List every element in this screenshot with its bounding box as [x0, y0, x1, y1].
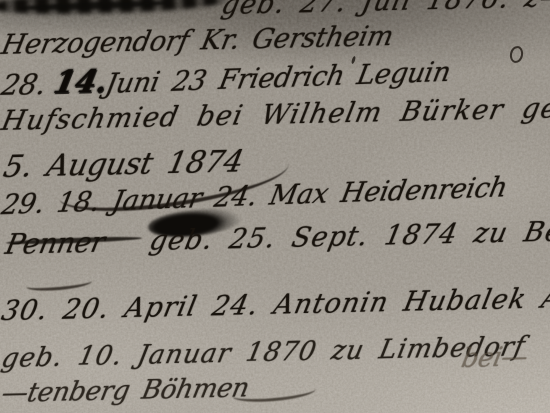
handwriting-entry29-birth: geb. 25. Sept. 1874 zu Ber— [147, 216, 550, 257]
handwriting-entry28-name: Juni 23 Friedrich Leguin [103, 57, 453, 100]
ink-scribble-small [26, 275, 93, 293]
handwriting-line-top: geb. 27. Juli 1876. z— [219, 0, 550, 21]
ink-smudge-top-left-2 [20, 0, 170, 12]
handwriting-line-place: Herzogendorf Kr. Gerstheim [0, 21, 396, 61]
ink-stray-loop [508, 45, 524, 64]
scanned-document-page: geb. 27. Juli 1876. z— Herzogendorf Kr. … [0, 0, 550, 413]
handwriting-entry30-birth: geb. 10. Januar 1870 zu Limbedorf [0, 332, 528, 374]
handwriting-entry30-birth-faint: bei— [459, 342, 530, 374]
handwriting-entry30-row: 30. 20. April 24. Antonin Hubalek Arb— [0, 282, 550, 327]
handwriting-entry28-number: 28. [0, 68, 49, 102]
handwriting-entry28-birthdate: 5. August 1874 [0, 144, 246, 185]
handwriting-entry29-name2: Penner [3, 226, 108, 261]
handwriting-entry30-place: —tenberg Böhmen [0, 373, 252, 409]
ink-smudge-top-left [0, 0, 226, 16]
handwriting-entry28-day-bold: 14. [50, 64, 111, 101]
